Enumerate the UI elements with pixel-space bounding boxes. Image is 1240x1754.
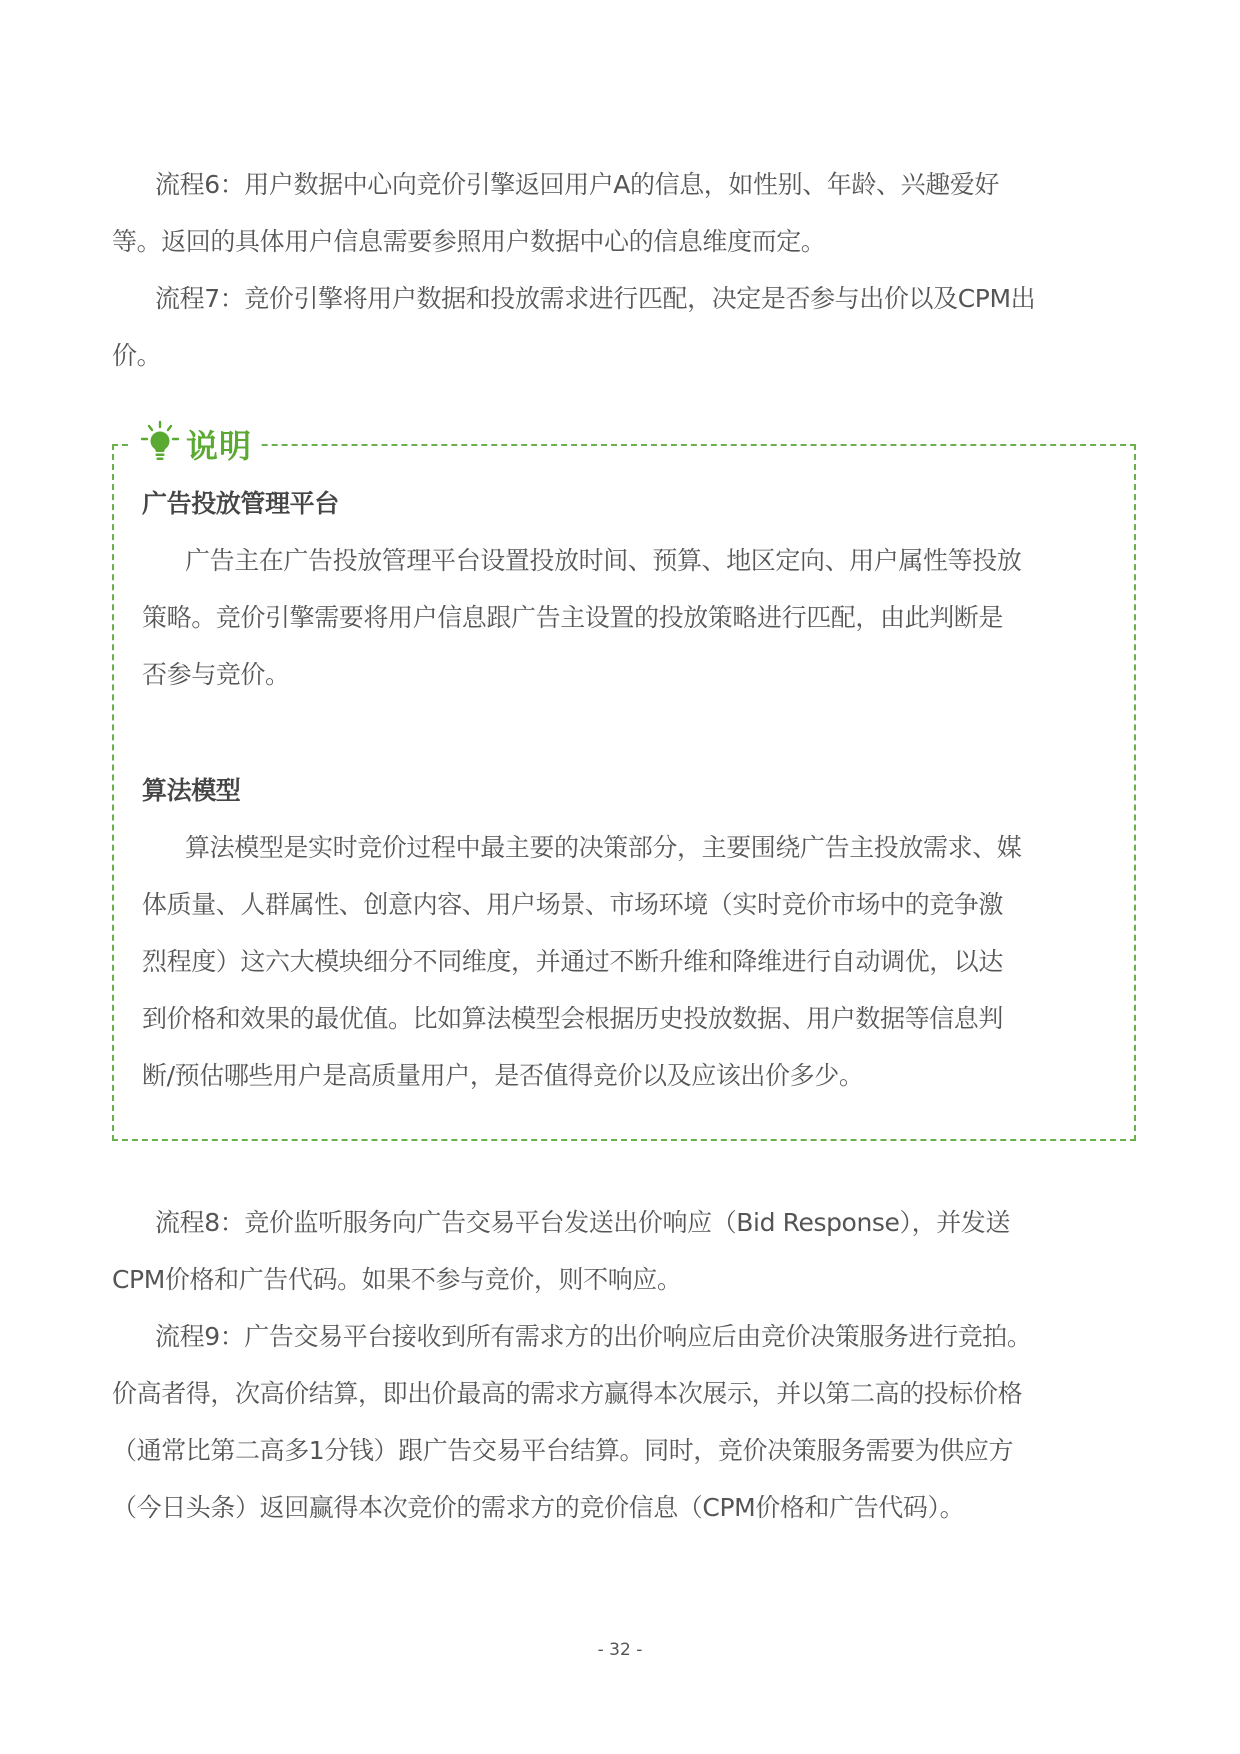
note-title: 说明	[132, 420, 260, 468]
text-line: 价高者得，次高价结算，即出价最高的需求方赢得本次展示，并以第二高的投标价格	[112, 1378, 1022, 1410]
note-title-text: 说明	[186, 421, 252, 467]
text-line: 否参与竞价。	[142, 659, 290, 691]
page-number: - 32 -	[0, 1640, 1240, 1660]
text-line: 流程6：用户数据中心向竞价引擎返回用户A的信息，如性别、年龄、兴趣爱好	[155, 169, 999, 201]
text-line: 流程9：广告交易平台接收到所有需求方的出价响应后由竞价决策服务进行竞拍。	[155, 1321, 1032, 1353]
section-heading: 算法模型	[142, 775, 240, 807]
text-line: 体质量、人群属性、创意内容、用户场景、市场环境（实时竞价市场中的竞争激	[142, 889, 1003, 921]
text-line: （通常比第二高多1分钱）跟广告交易平台结算。同时，竞价决策服务需要为供应方	[112, 1435, 1013, 1467]
text-line: 流程8：竞价监听服务向广告交易平台发送出价响应（Bid Response），并发…	[155, 1207, 1010, 1239]
section-heading: 广告投放管理平台	[142, 488, 339, 520]
text-line: 流程7：竞价引擎将用户数据和投放需求进行匹配，决定是否参与出价以及CPM出	[155, 283, 1035, 315]
text-line: 等。返回的具体用户信息需要参照用户数据中心的信息维度而定。	[112, 226, 825, 258]
text-line: （今日头条）返回赢得本次竞价的需求方的竞价信息（CPM价格和广告代码）。	[112, 1492, 964, 1524]
text-line: 策略。竞价引擎需要将用户信息跟广告主设置的投放策略进行匹配，由此判断是	[142, 602, 1003, 634]
lightbulb-icon	[140, 420, 180, 468]
text-line: 价。	[112, 340, 161, 372]
text-line: 广告主在广告投放管理平台设置投放时间、预算、地区定向、用户属性等投放	[185, 545, 1021, 577]
text-line: 烈程度）这六大模块细分不同维度，并通过不断升维和降维进行自动调优，以达	[142, 946, 1003, 978]
text-line: 算法模型是实时竞价过程中最主要的决策部分，主要围绕广告主投放需求、媒	[185, 832, 1021, 864]
text-line: 到价格和效果的最优值。比如算法模型会根据历史投放数据、用户数据等信息判	[142, 1003, 1003, 1035]
text-line: 断/预估哪些用户是高质量用户，是否值得竞价以及应该出价多少。	[142, 1060, 863, 1092]
text-line: CPM价格和广告代码。如果不参与竞价，则不响应。	[112, 1264, 682, 1296]
